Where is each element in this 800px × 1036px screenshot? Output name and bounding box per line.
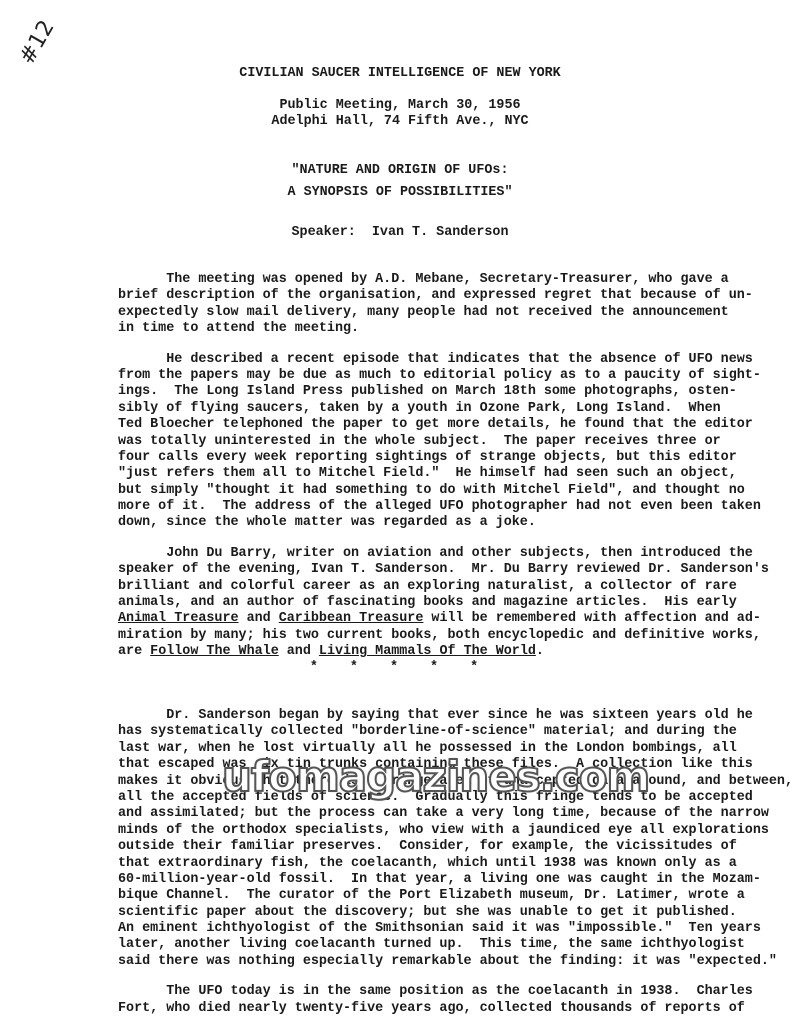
text-line: Ted Bloecher telephoned the paper to get… — [118, 417, 728, 433]
text-line: Dr. Sanderson began by saying that ever … — [118, 708, 728, 724]
text-line: was totally uninterested in the whole su… — [118, 434, 728, 450]
text-line: ings. The Long Island Press published on… — [118, 384, 728, 400]
text-line: said there was nothing especially remark… — [118, 954, 728, 970]
text-line: outside their familiar preserves. Consid… — [118, 839, 728, 855]
text-line: brief description of the organisation, a… — [118, 288, 728, 304]
text-line: expectedly slow mail delivery, many peop… — [118, 305, 728, 321]
text-line: that extraordinary fish, the coelacanth,… — [118, 856, 728, 872]
paragraph: The UFO today is in the same position as… — [118, 984, 728, 1017]
handwritten-page-number: #12 — [15, 16, 60, 69]
book-title: Caribbean Treasure — [279, 611, 424, 626]
text-line: bique Channel. The curator of the Port E… — [118, 888, 728, 904]
text-line: He described a recent episode that indic… — [118, 352, 728, 368]
text-line: brilliant and colorful career as an expl… — [118, 579, 728, 595]
watermark: ufomagazines.com — [222, 752, 649, 801]
text-line: scientific paper about the discovery; bu… — [118, 905, 728, 921]
books-line-2: miration by many; his two current books,… — [118, 628, 728, 644]
talk-title-line1: "NATURE AND ORIGIN OF UFOs: — [0, 163, 800, 178]
text-line: Fort, who died nearly twenty-five years … — [118, 1001, 728, 1017]
book-title: Living Mammals Of The World — [319, 644, 536, 659]
text-line: sibly of flying saucers, taken by a yout… — [118, 401, 728, 417]
section-separator: * * * * * — [0, 660, 800, 675]
text-line: minds of the orthodox specialists, who v… — [118, 823, 728, 839]
text-line: down, since the whole matter was regarde… — [118, 515, 728, 531]
text-line: The meeting was opened by A.D. Mebane, S… — [118, 272, 728, 288]
meeting-date: Public Meeting, March 30, 1956 — [0, 98, 800, 113]
text-line: The UFO today is in the same position as… — [118, 984, 728, 1000]
text-line: "just refers them all to Mitchel Field."… — [118, 466, 728, 482]
text-line: later, another living coelacanth turned … — [118, 937, 728, 953]
text-line: but simply "thought it had something to … — [118, 483, 728, 499]
paragraph: The meeting was opened by A.D. Mebane, S… — [118, 272, 728, 338]
text-line: An eminent ichthyologist of the Smithson… — [118, 921, 728, 937]
text-line: more of it. The address of the alleged U… — [118, 499, 728, 515]
text-line: has systematically collected "borderline… — [118, 724, 728, 740]
text-line: John Du Barry, writer on aviation and ot… — [118, 546, 728, 562]
book-title: Follow The Whale — [150, 644, 279, 659]
text-line: from the papers may be due as much to ed… — [118, 368, 728, 384]
document-page: #12 CIVILIAN SAUCER INTELLIGENCE OF NEW … — [0, 0, 800, 1036]
meeting-venue: Adelphi Hall, 74 Fifth Ave., NYC — [0, 114, 800, 129]
speaker-line: Speaker: Ivan T. Sanderson — [0, 225, 800, 240]
books-paragraph-tail: Animal Treasure and Caribbean Treasure w… — [118, 611, 728, 660]
text-line: in time to attend the meeting. — [118, 321, 728, 337]
text-line: and assimilated; but the process can tak… — [118, 806, 728, 822]
text-line: speaker of the evening, Ivan T. Sanderso… — [118, 562, 728, 578]
organization-heading: CIVILIAN SAUCER INTELLIGENCE OF NEW YORK — [0, 66, 800, 81]
text-line: 60-million-year-old fossil. In that year… — [118, 872, 728, 888]
paragraph: He described a recent episode that indic… — [118, 352, 728, 532]
paragraph: John Du Barry, writer on aviation and ot… — [118, 546, 728, 612]
book-title: Animal Treasure — [118, 611, 239, 626]
text-line: animals, and an author of fascinating bo… — [118, 595, 728, 611]
books-line-1: Animal Treasure and Caribbean Treasure w… — [118, 611, 728, 627]
talk-title-line2: A SYNOPSIS OF POSSIBILITIES" — [0, 185, 800, 200]
books-line-3: are Follow The Whale and Living Mammals … — [118, 644, 728, 660]
paragraph: Dr. Sanderson began by saying that ever … — [118, 708, 728, 970]
text-line: four calls every week reporting sighting… — [118, 450, 728, 466]
body-section-1: The meeting was opened by A.D. Mebane, S… — [118, 272, 728, 661]
